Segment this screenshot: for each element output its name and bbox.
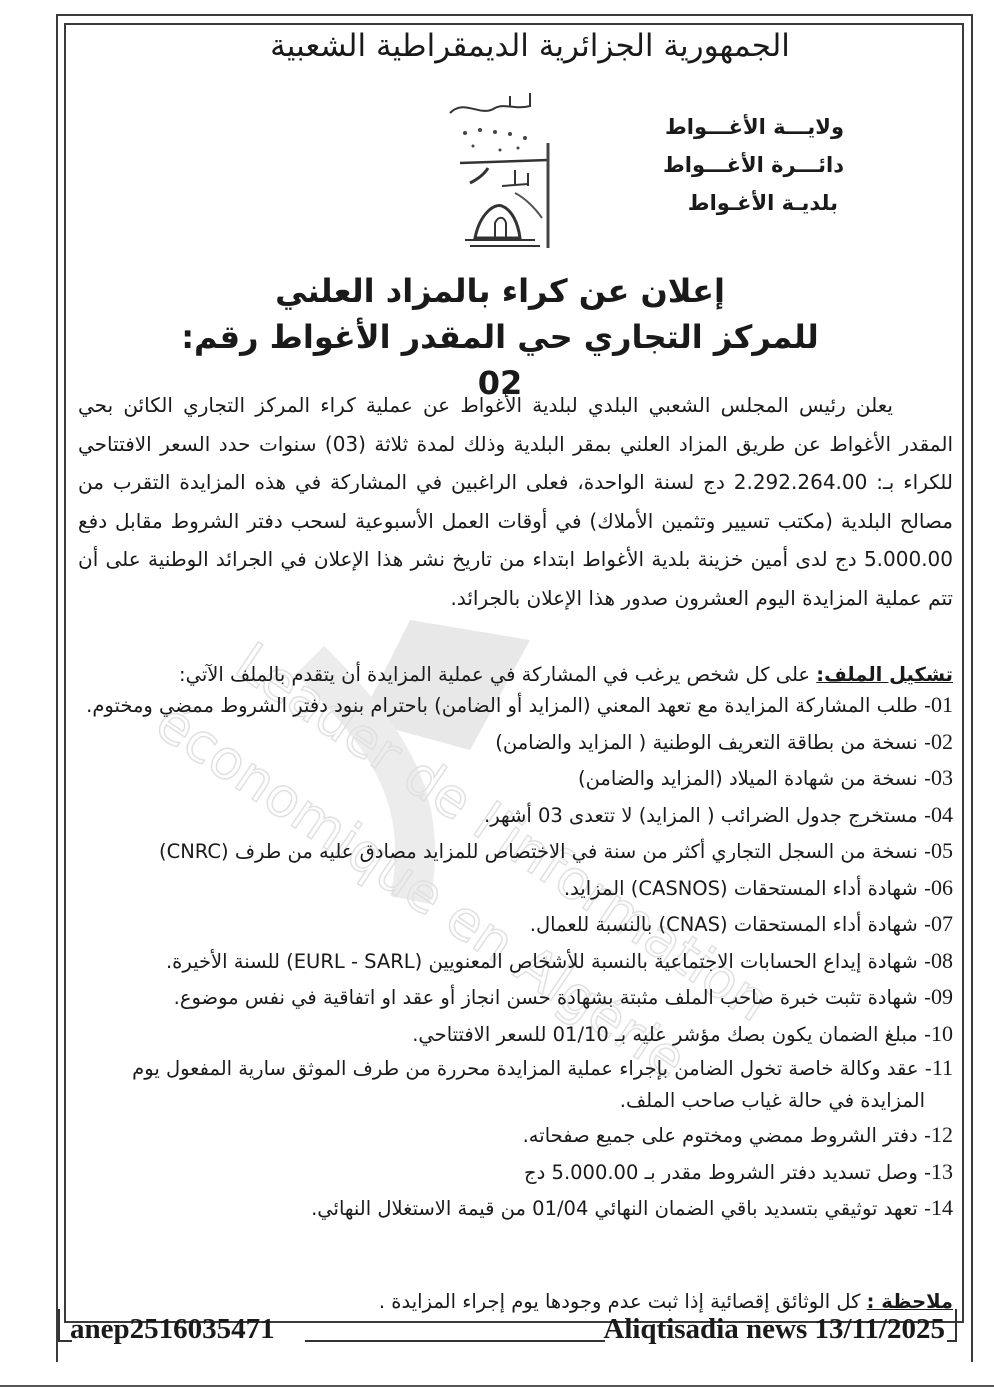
republic-heading: الجمهورية الجزائرية الديمقراطية الشعبية [250, 28, 810, 64]
dossier-heading-row: تشكيل الملف: على كل شخص يرغب في المشاركة… [78, 662, 953, 687]
dossier-heading: تشكيل الملف: [816, 663, 953, 686]
list-item: 09- شهادة تثبت خبرة صاحب الملف مثبتة بشه… [78, 979, 953, 1016]
dossier-intro: على كل شخص يرغب في المشاركة في عملية الم… [179, 663, 810, 686]
note-text: كل الوثائق إقصائية إذا ثبت عدم وجودها يو… [379, 1290, 861, 1313]
footer-corner-right [955, 1309, 957, 1341]
note-section: ملاحظة : كل الوثائق إقصائية إذا ثبت عدم … [78, 1290, 953, 1313]
list-item: 08- شهادة إيداع الحسابات الاجتماعية بالن… [78, 943, 953, 980]
note-label: ملاحظة : [867, 1290, 953, 1313]
wilaya-line: ولايـــة الأغـــواط [634, 108, 844, 146]
list-item: 11- عقد وكالة خاصة تخول الضامن بإجراء عم… [78, 1052, 953, 1117]
list-item: 01- طلب المشاركة المزايدة مع تعهد المعني… [78, 687, 953, 724]
administrative-header: ولايـــة الأغـــواط دائـــرة الأغـــواط … [634, 108, 844, 222]
municipality-logo [440, 88, 555, 248]
list-item-continuation: المزايدة في حالة غياب صاحب الملف. [78, 1085, 953, 1117]
publication-info: Aliqtisadia news 13/11/2025 [603, 1313, 945, 1346]
list-item: 07- شهادة أداء المستحقات (CNAS) بالنسبة … [78, 906, 953, 943]
list-item: 04- مستخرج جدول الضرائب ( المزايد) لا تت… [78, 797, 953, 834]
list-item: 02- نسخة من بطاقة التعريف الوطنية ( المز… [78, 724, 953, 761]
title-line-1: إعلان عن كراء بالمزاد العلني [180, 268, 820, 314]
dossier-section: تشكيل الملف: على كل شخص يرغب في المشاركة… [78, 662, 953, 1227]
commune-line: بلديـة الأغـواط [634, 184, 844, 222]
list-item: 06- شهادة أداء المستحقات (CASNOS) المزاي… [78, 870, 953, 907]
ad-reference: anep2516035471 [70, 1313, 275, 1346]
footer: anep2516035471 Aliqtisadia news 13/11/20… [40, 1313, 975, 1353]
notice-body: يعلن رئيس المجلس الشعبي البلدي لبلدية ال… [78, 386, 953, 617]
list-item: 12- دفتر الشروط ممضي ومختوم على جميع صفح… [78, 1117, 953, 1154]
municipality-emblem-icon [440, 88, 555, 248]
footer-corner-right-foot [947, 1340, 957, 1342]
notice-paragraph: يعلن رئيس المجلس الشعبي البلدي لبلدية ال… [78, 393, 953, 610]
dossier-list: 01- طلب المشاركة المزايدة مع تعهد المعني… [78, 687, 953, 1227]
list-item: 10- مبلغ الضمان يكون بصك مؤشر عليه بـ 01… [78, 1016, 953, 1053]
footer-corner-left [58, 1309, 60, 1341]
list-item: 03- نسخة من شهادة الميلاد (المزايد والضا… [78, 760, 953, 797]
footer-rule [305, 1340, 605, 1342]
daira-line: دائـــرة الأغـــواط [634, 146, 844, 184]
list-item: 14- تعهد توثيقي بتسديد باقي الضمان النها… [78, 1190, 953, 1227]
list-item: 13- وصل تسديد دفتر الشروط مقدر بـ 5.000.… [78, 1154, 953, 1191]
list-item: 05- نسخة من السجل التجاري أكثر من سنة في… [78, 833, 953, 870]
